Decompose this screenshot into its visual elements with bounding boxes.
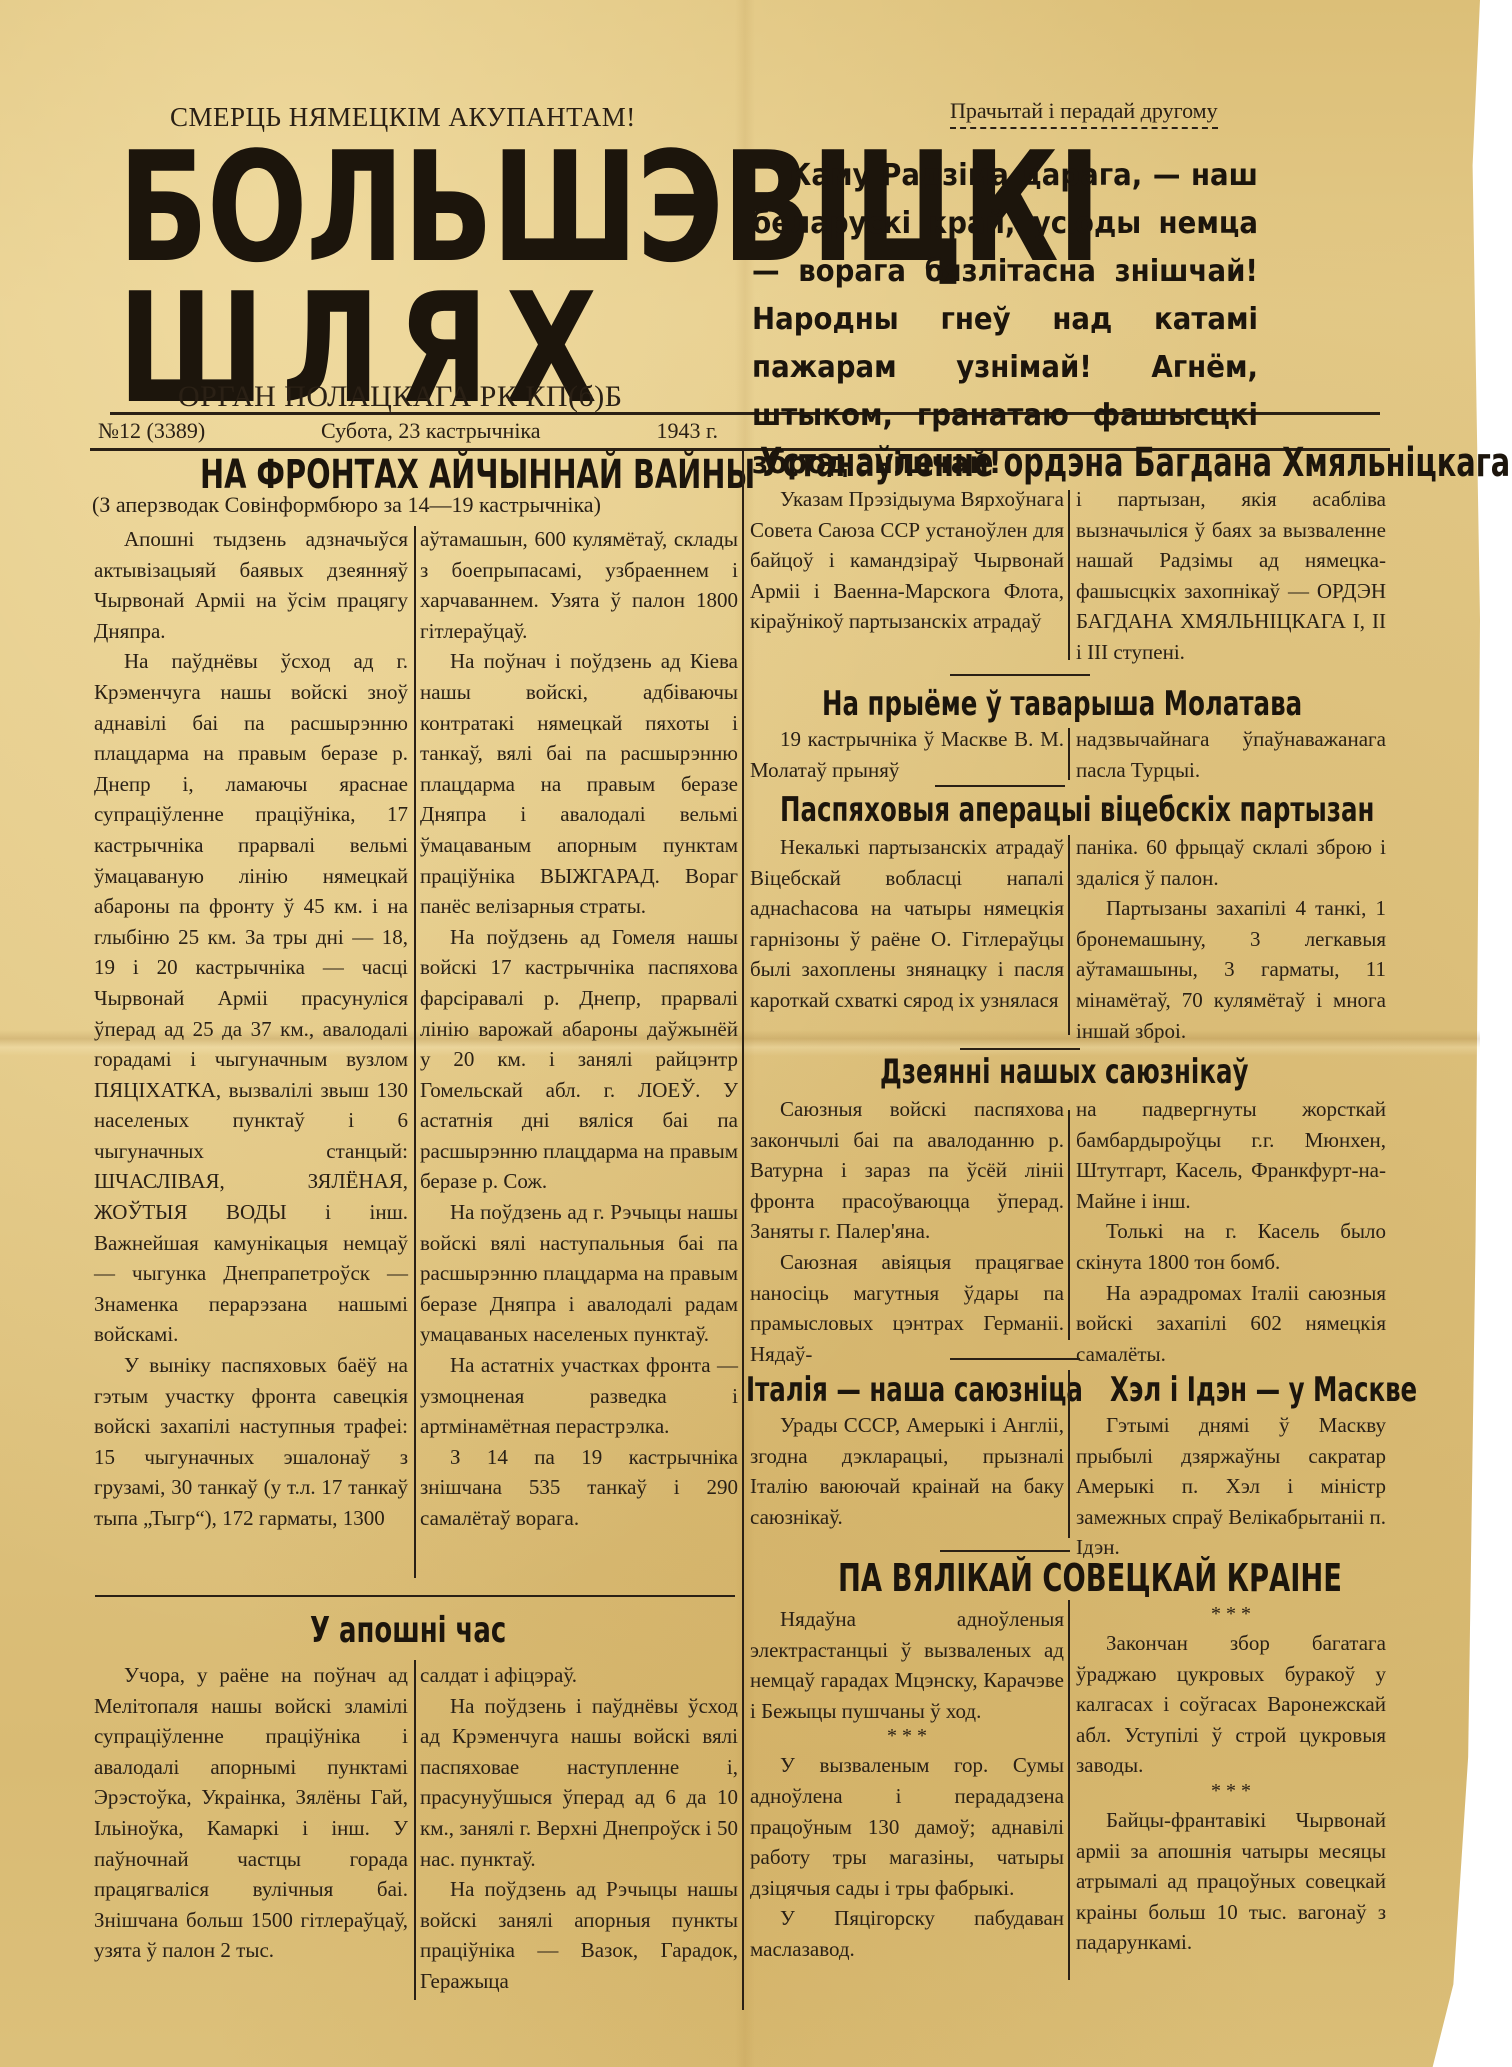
- paragraph: Нядаўна адноўленыя электрастанцыі ў вызв…: [750, 1604, 1064, 1726]
- section-separator-stars: * * *: [1076, 1783, 1386, 1799]
- molotov-column-1: 19 кастрычніка ў Маскве В. М. Молатаў пр…: [750, 724, 1064, 785]
- divider: [95, 1595, 735, 1597]
- page-column-rule: [742, 450, 744, 2010]
- article-title-soviet-country: ПА ВЯЛІКАЙ СОВЕЦКАЙ КРАІНЕ: [838, 1556, 1342, 1600]
- publisher-organ: ОРГАН ПОЛАЦКАГА РК КП(б)Б: [178, 380, 623, 414]
- article-title-vitebsk: Паспяховыя аперацыі віцебскіх партызан: [780, 790, 1374, 830]
- paragraph: На астатніх участках фронта — узмоцненая…: [420, 1350, 738, 1442]
- paragraph: Указам Прэзідыума Вярхоўнага Совета Саюз…: [750, 484, 1064, 637]
- divider: [940, 1550, 1070, 1552]
- order-column-1: Указам Прэзідыума Вярхоўнага Совета Саюз…: [750, 484, 1064, 637]
- paragraph: Партызаны захапілі 4 танкі, 1 бронемашын…: [1076, 893, 1386, 1046]
- article-subtitle-fronts: (З аперзводак Совінформбюро за 14—19 кас…: [92, 492, 601, 518]
- paragraph: На аэрадромах Італіі саюзныя войскі заха…: [1076, 1278, 1386, 1370]
- column-rule: [414, 526, 416, 1578]
- paragraph: Закончан збор багатага ўраджаю цукровых …: [1076, 1628, 1386, 1781]
- issue-year: 1943 г.: [656, 418, 718, 444]
- paragraph: Байцы-франтавікі Чырвонай арміі за апошн…: [1076, 1805, 1386, 1958]
- italy-text: Урады СССР, Амерыкі і Англіі, згодна дэк…: [750, 1410, 1064, 1532]
- paragraph: На поўдзень ад Рэчыцы нашы войскі занялі…: [420, 1874, 738, 1996]
- column-rule: [1068, 728, 1070, 780]
- paragraph: аўтамашын, 600 кулямётаў, склады з боепр…: [420, 524, 738, 646]
- paragraph: На поўдзень ад Гомеля нашы войскі 17 кас…: [420, 922, 738, 1197]
- paragraph: Урады СССР, Амерыкі і Англіі, згодна дэк…: [750, 1410, 1064, 1532]
- paragraph: У выніку паспяховых баёў на гэтым участк…: [94, 1350, 408, 1534]
- fronts-column-2: аўтамашын, 600 кулямётаў, склады з боепр…: [420, 524, 738, 1534]
- paragraph: Учора, у раёне на поўнач ад Мелітопаля н…: [94, 1660, 408, 1966]
- issue-number: №12 (3389): [98, 418, 205, 444]
- paragraph: салдат і афіцэраў.: [420, 1660, 738, 1691]
- paragraph: 19 кастрычніка ў Маскве В. М. Молатаў пр…: [750, 724, 1064, 785]
- paragraph: У Пяцігорску пабудаван маслазавод.: [750, 1903, 1064, 1964]
- section-separator-stars: * * *: [750, 1728, 1064, 1744]
- paragraph: паніка. 60 фрыцаў склалі зброю і здаліся…: [1076, 832, 1386, 893]
- paragraph: Толькі на г. Касель было скінута 1800 то…: [1076, 1216, 1386, 1277]
- molotov-column-2: надзвычайнага ўпаўнаважанага пасла Турцы…: [1076, 724, 1386, 785]
- column-rule: [414, 1660, 416, 2000]
- paragraph: надзвычайнага ўпаўнаважанага пасла Турцы…: [1076, 724, 1386, 785]
- article-title-molotov: На прыёме ў таварыша Молатава: [822, 684, 1302, 724]
- vitebsk-column-2: паніка. 60 фрыцаў склалі зброю і здаліся…: [1076, 832, 1386, 1046]
- paragraph: Апошні тыдзень адзначыўся актывізацыяй б…: [94, 524, 408, 646]
- section-separator-stars: * * *: [1076, 1606, 1386, 1622]
- article-title-italy: Італія — наша саюзніца: [746, 1370, 1083, 1410]
- article-title-hull-eden: Хэл і Ідэн — у Маскве: [1110, 1370, 1417, 1410]
- divider: [950, 1358, 1080, 1360]
- column-rule: [1068, 1370, 1070, 1538]
- issue-date: Субота, 23 кастрычніка: [321, 418, 541, 444]
- paragraph: Саюзная авіяцыя працягвае наносіць магут…: [750, 1247, 1064, 1369]
- allies-column-1: Саюзныя войскі паспяхова закончылі баі п…: [750, 1094, 1064, 1369]
- column-rule: [1068, 1600, 1070, 1980]
- last-hour-column-1: Учора, у раёне на поўнач ад Мелітопаля н…: [94, 1660, 408, 1966]
- hull-eden-text: Гэтымі днямі ў Маскву прыбылі дзяржаўны …: [1076, 1410, 1386, 1563]
- paragraph: З 14 па 19 кастрычніка знішчана 535 танк…: [420, 1442, 738, 1534]
- divider: [935, 785, 1065, 787]
- column-rule: [1068, 835, 1070, 1035]
- order-column-2: і партызан, якія асабліва вызначыліся ў …: [1076, 484, 1386, 668]
- soviet-country-column-2: * * * Закончан збор багатага ўраджаю цук…: [1076, 1604, 1386, 1958]
- article-title-last-hour: У апошні час: [310, 1610, 506, 1651]
- last-hour-column-2: салдат і афіцэраў. На поўдзень і паўднёв…: [420, 1660, 738, 1997]
- issue-info: №12 (3389) Субота, 23 кастрычніка 1943 г…: [98, 418, 718, 444]
- article-title-order: Устанаўленне ордэна Багдана Хмяльніцкага: [760, 440, 1510, 486]
- paragraph: Саюзныя войскі паспяхова закончылі баі п…: [750, 1094, 1064, 1247]
- fronts-column-1: Апошні тыдзень адзначыўся актывізацыяй б…: [94, 524, 408, 1534]
- divider: [950, 674, 1090, 676]
- column-rule: [1068, 490, 1070, 660]
- paragraph: Гэтымі днямі ў Маскву прыбылі дзяржаўны …: [1076, 1410, 1386, 1563]
- paragraph: На паўднёвы ўсход ад г. Крэменчуга нашы …: [94, 646, 408, 1350]
- allies-column-2: на падвергнуты жорсткай бамбардыроўцы г.…: [1076, 1094, 1386, 1369]
- column-rule: [1068, 1110, 1070, 1340]
- paragraph: і партызан, якія асабліва вызначыліся ў …: [1076, 484, 1386, 668]
- paragraph: У вызваленым гор. Сумы адноўлена і перад…: [750, 1750, 1064, 1903]
- paragraph: Некалькі партызанскіх атрадаў Віцебскай …: [750, 832, 1064, 1016]
- paragraph: На поўдзень ад г. Рэчыцы нашы войскі вял…: [420, 1197, 738, 1350]
- divider: [960, 1048, 1080, 1050]
- article-title-allies: Дзеянні нашых саюзнікаў: [880, 1052, 1248, 1092]
- paragraph: На поўдзень і паўднёвы ўсход ад Крэменчу…: [420, 1691, 738, 1875]
- soviet-country-column-1: Нядаўна адноўленыя электрастанцыі ў вызв…: [750, 1604, 1064, 1965]
- paragraph: На поўнач і поўдзень ад Кіева нашы войск…: [420, 646, 738, 921]
- pass-on-note: Прачытай і перадай другому: [950, 98, 1218, 129]
- vitebsk-column-1: Некалькі партызанскіх атрадаў Віцебскай …: [750, 832, 1064, 1016]
- appeal-text: Каму Радзіма дарага, — наш беларускі кра…: [752, 152, 1258, 488]
- paragraph: на падвергнуты жорсткай бамбардыроўцы г.…: [1076, 1094, 1386, 1216]
